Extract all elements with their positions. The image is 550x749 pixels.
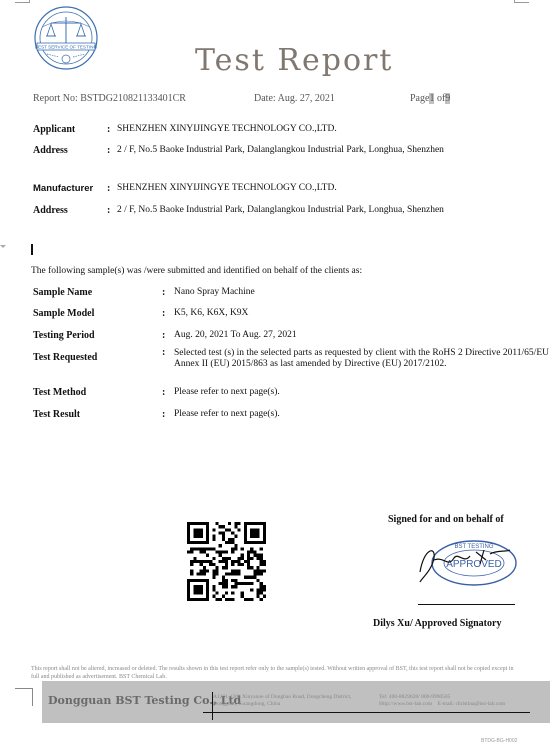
svg-text:BEST SERVICE OF TESTING: BEST SERVICE OF TESTING [35, 45, 97, 50]
approved-stamp-icon: APPROVED BST TESTING [414, 538, 518, 588]
page-label: Page [410, 93, 429, 104]
margin-marker-icon [0, 245, 6, 248]
report-number: Report No: BSTDG210821133401CR [33, 93, 186, 104]
separator: : [107, 205, 110, 216]
separator: : [162, 287, 165, 298]
manufacturer-label: Manufacturer [33, 183, 93, 194]
test-method-label: Test Method [33, 387, 86, 398]
page-current-field[interactable]: 1 [429, 93, 434, 104]
report-date: Date: Aug. 27, 2021 [254, 93, 335, 104]
test-result-label: Test Result [33, 409, 80, 420]
test-method-value: Please refer to next page(s). [174, 387, 280, 397]
separator: : [107, 124, 110, 135]
disclaimer-text: This report shall not be altered, increa… [31, 665, 523, 681]
address-value: 2 / F, No.5 Baoke Industrial Park, Dalan… [117, 205, 444, 215]
page-corner-mark [15, 0, 30, 3]
svg-text:APPROVED: APPROVED [446, 559, 502, 570]
sample-name-label: Sample Name [33, 287, 92, 298]
document-id: BTDG-BG-H002 [481, 738, 517, 744]
separator: : [107, 183, 110, 194]
testing-period-value: Aug. 20, 2021 To Aug. 27, 2021 [174, 330, 297, 340]
sample-model-value: K5, K6, K6X, K9X [174, 308, 248, 318]
page-corner-mark [15, 688, 33, 706]
page-corner-mark [514, 0, 529, 3]
footer-address: A1201-1204 Xinyanoe of Dongbao Road, Don… [213, 694, 363, 708]
qr-code-icon [187, 522, 266, 601]
test-result-value: Please refer to next page(s). [174, 409, 280, 419]
address-label: Address [33, 205, 68, 216]
date-value: Aug. 27, 2021 [278, 93, 335, 104]
footer-address-line: Dongguan, Guangdong, China [213, 701, 363, 708]
test-requested-label: Test Requested [33, 352, 97, 363]
separator: : [162, 347, 165, 358]
crosshair-line [212, 692, 213, 720]
separator: : [107, 145, 110, 156]
footer-contact: Tel: 400-8829628/ 800-9990505 Http://www… [379, 694, 549, 708]
footer-address-line: A1201-1204 Xinyanoe of Dongbao Road, Don… [213, 694, 363, 701]
footer-tel: Tel: 400-8829628/ 800-9990505 [379, 694, 549, 701]
page-number: Page1 of9 [410, 93, 450, 104]
sample-name-value: Nano Spray Machine [174, 287, 255, 297]
testing-period-label: Testing Period [33, 330, 95, 341]
crosshair-line [203, 712, 530, 713]
svg-text:BST TESTING: BST TESTING [454, 544, 493, 550]
intro-text: The following sample(s) was /were submit… [31, 266, 362, 276]
separator: : [162, 409, 165, 420]
address-label: Address [33, 145, 68, 156]
footer-web-link[interactable]: Http://www.bst-lab.com [379, 701, 432, 707]
separator: : [162, 308, 165, 319]
page-total-field[interactable]: 9 [445, 93, 450, 104]
separator: : [162, 330, 165, 341]
report-no-label: Report No: [33, 93, 78, 104]
signed-on-behalf-text: Signed for and on behalf of [388, 514, 504, 525]
signature-line [418, 604, 515, 605]
report-no-value: BSTDG210821133401CR [80, 93, 186, 104]
sample-model-label: Sample Model [33, 308, 94, 319]
signatory-name: Dilys Xu/ Approved Signatory [373, 618, 501, 629]
separator: : [162, 387, 165, 398]
bst-logo-icon: BEST SERVICE OF TESTING [33, 5, 99, 71]
text-cursor [31, 244, 33, 255]
applicant-label: Applicant [33, 124, 75, 135]
address-value: 2 / F, No.5 Baoke Industrial Park, Dalan… [117, 145, 444, 155]
manufacturer-value: SHENZHEN XINYIJINGYE TECHNOLOGY CO.,LTD. [117, 183, 337, 193]
applicant-value: SHENZHEN XINYIJINGYE TECHNOLOGY CO.,LTD. [117, 124, 337, 134]
footer-email-link[interactable]: E-mail: christina@bst-lab.com [438, 701, 506, 707]
page-title: Test Report [195, 43, 393, 78]
date-label: Date: [254, 93, 276, 104]
test-requested-value: Selected test (s) in the selected parts … [174, 348, 549, 370]
